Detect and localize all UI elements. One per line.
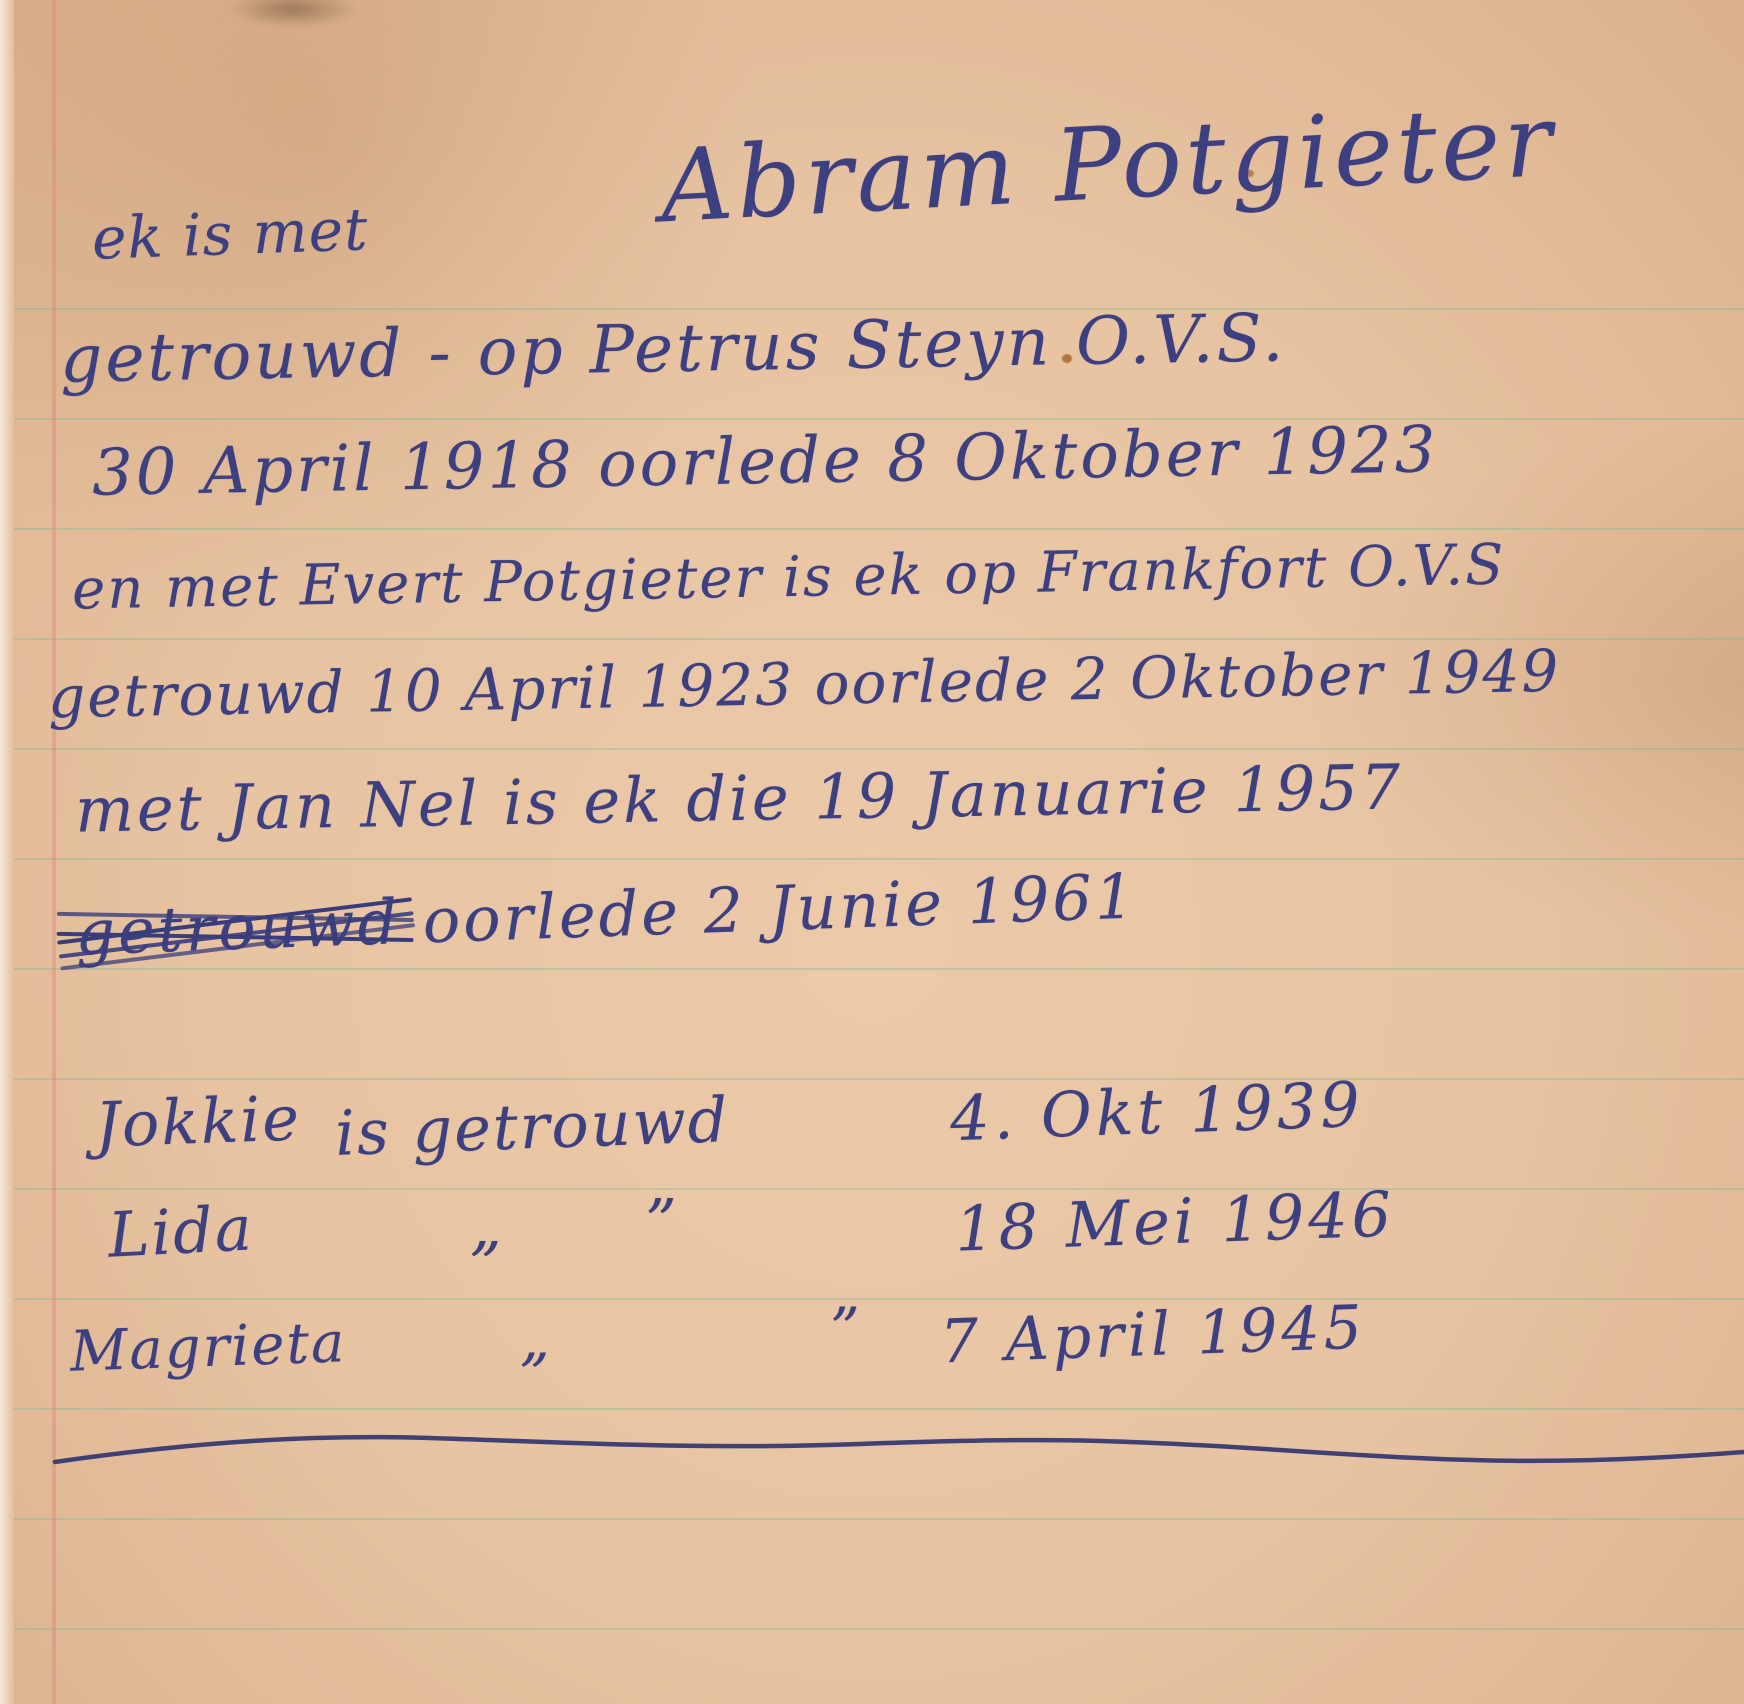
entry-row-date: 4. Okt 1939 (949, 1068, 1365, 1155)
entry-row-name: Jokkie (94, 1081, 302, 1161)
ditto-mark: ” (645, 1185, 678, 1258)
entry-row-date: 18 Mei 1946 (954, 1177, 1396, 1265)
entry-row-date: 7 April 1945 (939, 1293, 1367, 1378)
ditto-mark: ” (830, 1295, 861, 1363)
ditto-mark: „ (470, 1190, 503, 1263)
handwritten-line-1-name: Abram Potgieter (658, 82, 1559, 246)
entry-row-name: Lida (106, 1191, 255, 1272)
handwritten-line-1-prefix: ek is met (91, 195, 370, 273)
stain-smudge (228, 0, 358, 28)
notebook-page: ek is met Abram Potgieter getrouwd - op … (0, 0, 1744, 1704)
struck-out-word: getrouwd (74, 885, 401, 969)
ditto-mark: „ (520, 1305, 551, 1373)
entry-row-middle: is getrouwd (334, 1083, 731, 1170)
entry-row-name: Magrieta (69, 1310, 347, 1385)
hand-drawn-divider-line (0, 1400, 1744, 1520)
